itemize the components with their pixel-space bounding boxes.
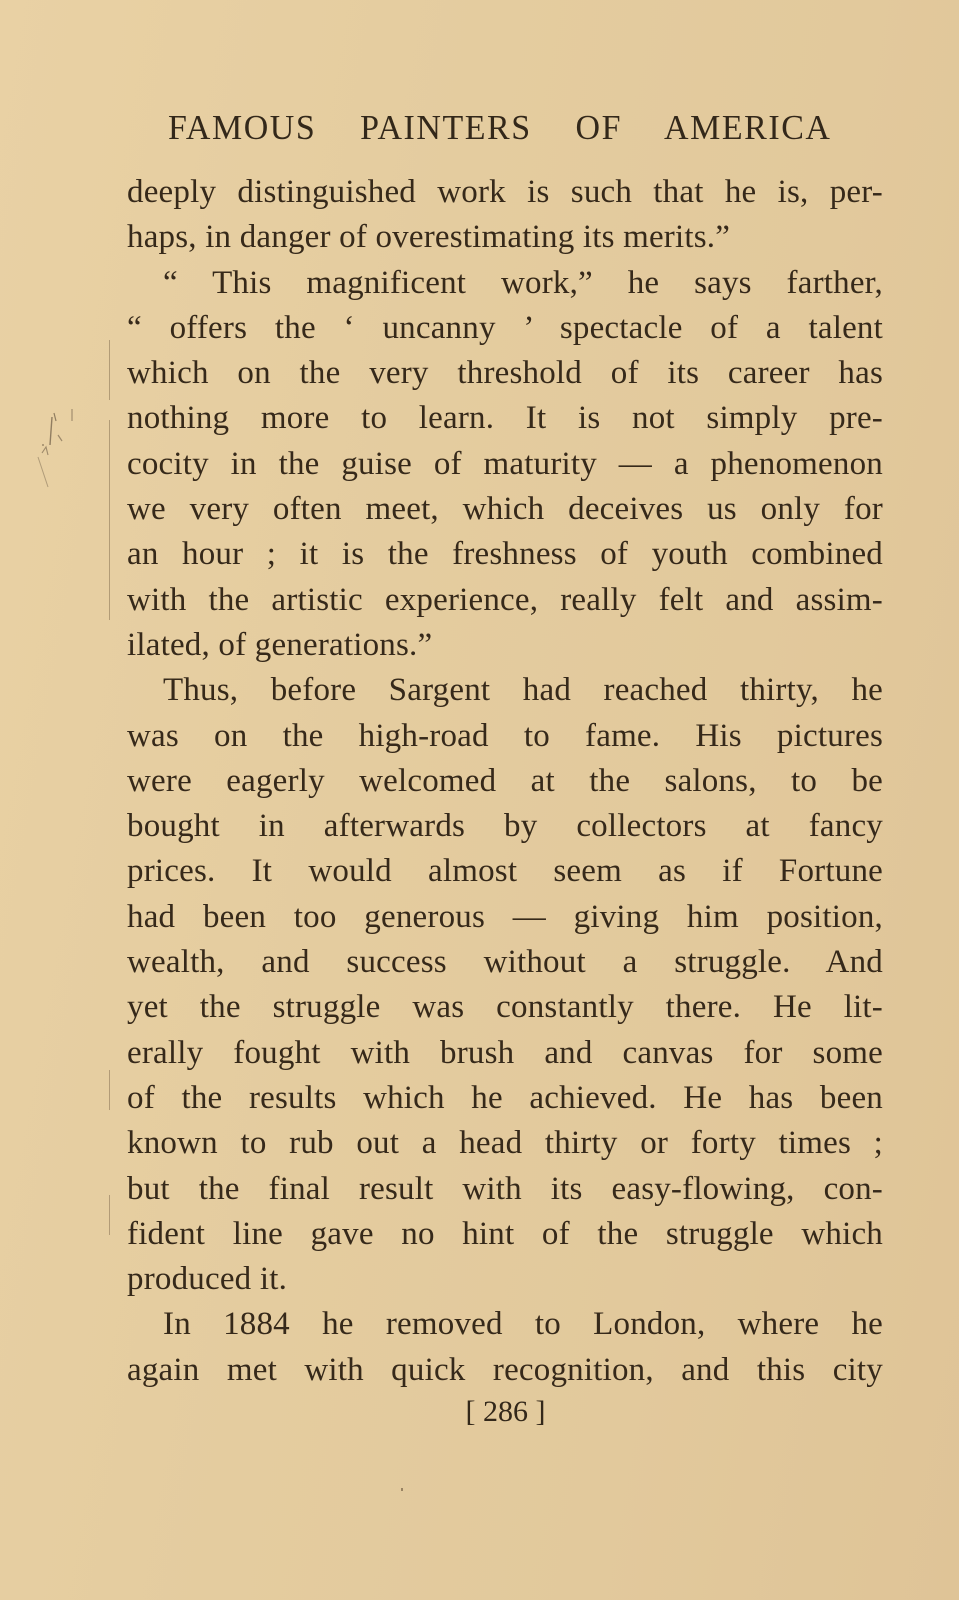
text-line: wealth, and success without a struggle. … <box>127 940 883 985</box>
margin-pencil-line <box>109 1070 110 1110</box>
text-line: deeply distinguished work is such that h… <box>127 170 883 215</box>
text-line: “ This magnificent work,” he says farthe… <box>127 261 883 306</box>
page-number: [ 286 ] <box>0 1395 959 1429</box>
marginal-pencil-scribble-icon <box>14 395 84 505</box>
text-line: had been too generous — giving him posit… <box>127 895 883 940</box>
text-line: erally fought with brush and canvas for … <box>127 1031 883 1076</box>
text-line: cocity in the guise of maturity — a phen… <box>127 442 883 487</box>
paper-speck <box>401 1488 403 1491</box>
text-line: yet the struggle was constantly there. H… <box>127 985 883 1030</box>
text-line: were eagerly welcomed at the salons, to … <box>127 759 883 804</box>
margin-pencil-line <box>109 420 110 620</box>
body-text: deeply distinguished work is such that h… <box>127 170 883 1393</box>
text-line: but the final result with its easy-flowi… <box>127 1167 883 1212</box>
text-line: an hour ; it is the freshness of youth c… <box>127 532 883 577</box>
text-line: which on the very threshold of its caree… <box>127 351 883 396</box>
text-line: Thus, before Sargent had reached thirty,… <box>127 668 883 713</box>
text-line: known to rub out a head thirty or forty … <box>127 1121 883 1166</box>
book-page: FAMOUS PAINTERS OF AMERICA deeply distin… <box>0 0 959 1600</box>
margin-pencil-line <box>109 340 110 400</box>
text-line: ilated, of generations.” <box>127 623 883 668</box>
text-line: produced it. <box>127 1257 883 1302</box>
text-line: with the artistic experience, really fel… <box>127 578 883 623</box>
text-line: haps, in danger of overestimating its me… <box>127 215 883 260</box>
text-line: prices. It would almost seem as if Fortu… <box>127 849 883 894</box>
text-line: nothing more to learn. It is not simply … <box>127 396 883 441</box>
text-line: of the results which he achieved. He has… <box>127 1076 883 1121</box>
text-line: fident line gave no hint of the struggle… <box>127 1212 883 1257</box>
text-line: we very often meet, which deceives us on… <box>127 487 883 532</box>
margin-pencil-line <box>109 1195 110 1235</box>
text-line: bought in afterwards by collectors at fa… <box>127 804 883 849</box>
text-line: again met with quick recognition, and th… <box>127 1348 883 1393</box>
text-line: was on the high-road to fame. His pictur… <box>127 714 883 759</box>
text-line: “ offers the ‘ uncanny ’ spectacle of a … <box>127 306 883 351</box>
text-line: In 1884 he removed to London, where he <box>127 1302 883 1347</box>
running-head: FAMOUS PAINTERS OF AMERICA <box>168 108 831 148</box>
